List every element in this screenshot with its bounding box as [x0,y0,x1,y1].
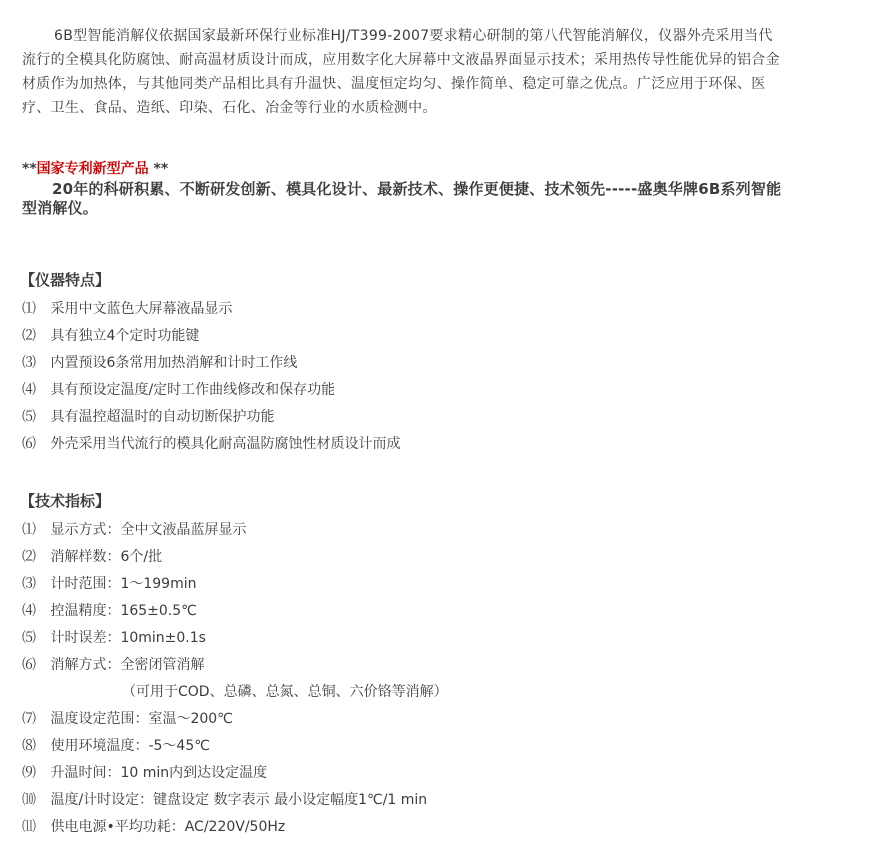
item-text: 内置预设6条常用加热消解和计时工作线 [50,355,297,371]
item-number: ⑸ [22,404,46,431]
spec-item: ⑵ 消解样数：6个/批 [22,544,782,571]
patent-suffix: ** [149,161,169,177]
spec-item: ⑹ 消解方式：全密闭管消解 [22,652,782,679]
specs-list: ⑴ 显示方式：全中文液晶蓝屏显示 ⑵ 消解样数：6个/批 ⑶ 计时范围：1～19… [22,517,782,841]
feature-item: ⑸ 具有温控超温时的自动切断保护功能 [22,404,782,431]
item-number: ⑼ [22,760,46,787]
patent-title: 国家专利新型产品 [37,161,149,177]
item-number: ⑻ [22,733,46,760]
spec-item: ⑸ 计时误差：10min±0.1s [22,625,782,652]
spec-item: ⑷ 控温精度：165±0.5℃ [22,598,782,625]
item-number: ⑹ [22,652,46,679]
spec-item: ⑴ 显示方式：全中文液晶蓝屏显示 [22,517,782,544]
item-number: ⑾ [22,814,46,841]
item-text: 具有独立4个定时功能键 [50,328,199,344]
item-number: ⑸ [22,625,46,652]
item-text: 外壳采用当代流行的模具化耐高温防腐蚀性材质设计而成 [50,436,400,452]
item-text: 消解样数：6个/批 [50,549,162,565]
patent-section: **国家专利新型产品 ** 20年的科研积累、不断研发创新、模具化设计、最新技术… [22,160,782,218]
intro-paragraph: 6B型智能消解仪依据国家最新环保行业标准HJ/T399-2007要求精心研制的第… [22,24,782,120]
item-text: 升温时间：10 min内到达设定温度 [50,765,267,781]
item-text: 计时误差：10min±0.1s [50,630,206,646]
item-text: 温度设定范围：室温～200℃ [50,711,232,727]
spec-item-note: （可用于COD、总磷、总氮、总铜、六价铬等消解） [22,679,782,706]
features-list: ⑴ 采用中文蓝色大屏幕液晶显示 ⑵ 具有独立4个定时功能键 ⑶ 内置预设6条常用… [22,296,782,458]
item-text: 消解方式：全密闭管消解 [50,657,204,673]
item-number: ⑹ [22,431,46,458]
spec-item: ⑻ 使用环境温度：-5～45℃ [22,733,782,760]
spec-item: ⑾ 供电电源•平均功耗：AC/220V/50Hz [22,814,782,841]
spec-item: ⑼ 升温时间：10 min内到达设定温度 [22,760,782,787]
item-text: 具有温控超温时的自动切断保护功能 [50,409,274,425]
item-number: ⑺ [22,706,46,733]
item-text: 控温精度：165±0.5℃ [50,603,196,619]
feature-item: ⑹ 外壳采用当代流行的模具化耐高温防腐蚀性材质设计而成 [22,431,782,458]
item-number: ⑶ [22,571,46,598]
item-number: ⑶ [22,350,46,377]
item-text: 具有预设定温度/定时工作曲线修改和保存功能 [50,382,335,398]
item-number: ⑽ [22,787,46,814]
item-text: （可用于COD、总磷、总氮、总铜、六价铬等消解） [122,684,448,700]
patent-body: 20年的科研积累、不断研发创新、模具化设计、最新技术、操作更便捷、技术领先---… [22,180,782,218]
item-text: 供电电源•平均功耗：AC/220V/50Hz [50,819,285,835]
feature-item: ⑵ 具有独立4个定时功能键 [22,323,782,350]
feature-item: ⑶ 内置预设6条常用加热消解和计时工作线 [22,350,782,377]
item-number: ⑵ [22,323,46,350]
specs-title: 【技术指标】 [20,491,782,511]
patent-prefix: ** [22,161,37,177]
spec-item: ⑺ 温度设定范围：室温～200℃ [22,706,782,733]
item-number: ⑵ [22,544,46,571]
product-description: 6B型智能消解仪依据国家最新环保行业标准HJ/T399-2007要求精心研制的第… [22,24,782,841]
feature-item: ⑴ 采用中文蓝色大屏幕液晶显示 [22,296,782,323]
item-text: 采用中文蓝色大屏幕液晶显示 [50,301,232,317]
item-text: 温度/计时设定：键盘设定 数字表示 最小设定幅度1℃/1 min [50,792,427,808]
item-text: 计时范围：1～199min [50,576,196,592]
item-number: ⑴ [22,296,46,323]
spec-item: ⑽ 温度/计时设定：键盘设定 数字表示 最小设定幅度1℃/1 min [22,787,782,814]
patent-heading: **国家专利新型产品 ** [22,160,782,178]
item-text: 使用环境温度：-5～45℃ [50,738,210,754]
features-title: 【仪器特点】 [20,270,782,290]
item-number: ⑷ [22,377,46,404]
feature-item: ⑷ 具有预设定温度/定时工作曲线修改和保存功能 [22,377,782,404]
spec-item: ⑶ 计时范围：1～199min [22,571,782,598]
item-number: ⑷ [22,598,46,625]
item-number: ⑴ [22,517,46,544]
item-text: 显示方式：全中文液晶蓝屏显示 [50,522,246,538]
